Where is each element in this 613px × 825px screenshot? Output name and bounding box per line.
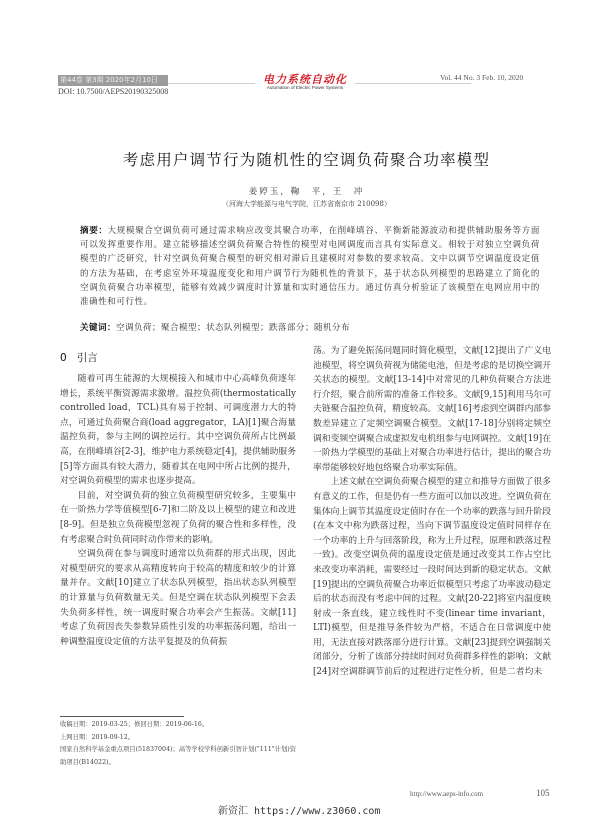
paragraph: 随着可再生能源的大规模接入和城市中心高峰负荷逐年增长，系统平衡资源需求激增。温控… bbox=[60, 372, 296, 489]
paragraph: 荡。为了避免振荡问题同时简化模型，文献[12]提出了广义电池模型，将空调负荷视为… bbox=[313, 344, 551, 475]
received-date: 收稿日期：2019-03-25；修回日期：2019-06-16。 bbox=[60, 719, 300, 732]
page-number: 105 bbox=[536, 788, 550, 798]
body-column-left: 随着可再生能源的大规模接入和城市中心高峰负荷逐年增长，系统平衡资源需求激增。温控… bbox=[60, 372, 296, 649]
keywords-text: 空调负荷；聚合模型；状态队列模型；跌落部分；随机分布 bbox=[116, 323, 350, 333]
journal-url[interactable]: http://www.aeps-info.com bbox=[410, 790, 483, 798]
paragraph: 空调负荷在参与调度时通常以负荷群的形式出现，因此对模型研究的要求从高精度转向于较… bbox=[60, 547, 296, 649]
body-column-right: 荡。为了避免振荡问题同时简化模型，文献[12]提出了广义电池模型，将空调负荷视为… bbox=[313, 344, 551, 680]
keywords: 关键词：空调负荷；聚合模型；状态队列模型；跌落部分；随机分布 bbox=[80, 321, 540, 333]
section-number: 0 bbox=[60, 352, 67, 364]
watermark: 新资汇 https://www.z3060.com bbox=[218, 802, 380, 817]
affiliation: （河海大学能源与电气学院，江苏省南京市 210098） bbox=[0, 199, 613, 209]
footnote: 收稿日期：2019-03-25；修回日期：2019-06-16。 上网日期：20… bbox=[60, 719, 300, 769]
doi: DOI: 10.7500/AEPS20190325008 bbox=[58, 87, 168, 96]
paragraph: 目前，对空调负荷的独立负荷模型研究较多，主要集中在一阶热力学等值模型[6-7]和… bbox=[60, 489, 296, 547]
abstract: 摘要：大规模聚合空调负荷可通过需求响应改变其聚合功率，在削峰填谷、平衡新能源波动… bbox=[80, 224, 540, 309]
volume-info: Vol. 44 No. 3 Feb. 10, 2020 bbox=[440, 73, 523, 82]
footnote-rule bbox=[60, 716, 184, 717]
journal-name-en: Automation of Electric Power Systems bbox=[235, 85, 375, 90]
paper-title: 考虑用户调节行为随机性的空调负荷聚合功率模型 bbox=[0, 148, 613, 170]
section-title: 引言 bbox=[77, 352, 98, 364]
funding: 国家自然科学基金重点项目(51837004)；高等学校学科创新引智计划("111… bbox=[60, 744, 300, 769]
paragraph: 上述文献在空调负荷聚合模型的建立和推导方面做了很多有意义的工作，但是仍有一些方面… bbox=[313, 475, 551, 679]
abstract-text: 大规模聚合空调负荷可通过需求响应改变其聚合功率，在削峰填谷、平衡新能源波动和提供… bbox=[80, 226, 540, 307]
keywords-label: 关键词： bbox=[80, 323, 116, 333]
online-date: 上网日期：2019-09-12。 bbox=[60, 732, 300, 745]
abstract-label: 摘要： bbox=[80, 226, 108, 236]
issue-badge: 第44卷 第3期 2020年2月10日 bbox=[58, 75, 168, 86]
section-heading: 0 引言 bbox=[60, 350, 98, 365]
authors: 姜婷玉，鞠 平，王 冲 bbox=[0, 185, 613, 197]
